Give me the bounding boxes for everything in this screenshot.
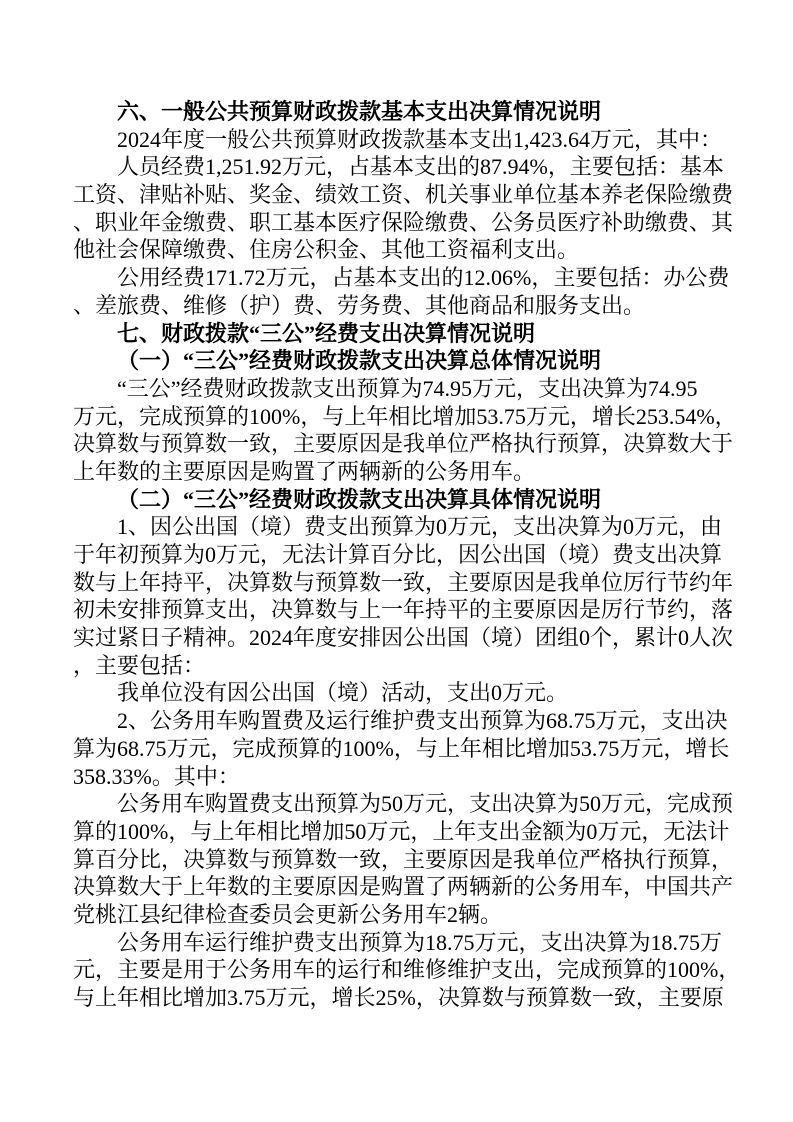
paragraph-line: 、差旅费、维修（护）费、劳务费、其他商品和服务支出。 xyxy=(73,292,715,320)
paragraph-line: 2、公务用车购置费及运行维护费支出预算为68.75万元，支出决 xyxy=(73,707,715,735)
paragraph-line: 他社会保障缴费、住房公积金、其他工资福利支出。 xyxy=(73,236,715,264)
heading-section-7: 七、财政拨款“三公”经费支出决算情况说明 xyxy=(73,320,715,348)
paragraph-line: 工资、津贴补贴、奖金、绩效工资、机关事业单位基本养老保险缴费 xyxy=(73,181,715,209)
paragraph-line: 数与上年持平，决算数与预算数一致，主要原因是我单位厉行节约年 xyxy=(73,569,715,597)
document-text-block: 六、一般公共预算财政拨款基本支出决算情况说明 2024年度一般公共预算财政拨款基… xyxy=(73,98,715,1012)
document-page: 六、一般公共预算财政拨款基本支出决算情况说明 2024年度一般公共预算财政拨款基… xyxy=(0,0,793,1122)
paragraph-line: 算为68.75万元，完成预算的100%，与上年相比增加53.75万元，增长 xyxy=(73,735,715,763)
paragraph-line: 算的100%，与上年相比增加50万元，上年支出金额为0万元，无法计 xyxy=(73,818,715,846)
paragraph-line: 上年数的主要原因是购置了两辆新的公务用车。 xyxy=(73,458,715,486)
paragraph-line: 358.33%。其中： xyxy=(73,763,715,791)
paragraph-line: 2024年度一般公共预算财政拨款基本支出1,423.64万元，其中： xyxy=(73,126,715,154)
paragraph-line: 初未安排预算支出，决算数与上一年持平的主要原因是厉行节约，落 xyxy=(73,596,715,624)
paragraph-line: 党桃江县纪律检查委员会更新公务用车2辆。 xyxy=(73,901,715,929)
paragraph-line: 实过紧日子精神。2024年度安排因公出国（境）团组0个，累计0人次 xyxy=(73,624,715,652)
paragraph-line: 人员经费1,251.92万元，占基本支出的87.94%，主要包括：基本 xyxy=(73,153,715,181)
heading-section-7-1: （一）“三公”经费财政拨款支出决算总体情况说明 xyxy=(73,347,715,375)
paragraph-line: 元，主要是用于公务用车的运行和维修维护支出，完成预算的100%， xyxy=(73,956,715,984)
paragraph-line: 决算数大于上年数的主要原因是购置了两辆新的公务用车，中国共产 xyxy=(73,873,715,901)
paragraph-line: 公务用车购置费支出预算为50万元，支出决算为50万元，完成预 xyxy=(73,790,715,818)
paragraph-line: 公用经费171.72万元，占基本支出的12.06%，主要包括：办公费 xyxy=(73,264,715,292)
paragraph-line: 、职业年金缴费、职工基本医疗保险缴费、公务员医疗补助缴费、其 xyxy=(73,209,715,237)
paragraph-line: 我单位没有因公出国（境）活动，支出0万元。 xyxy=(73,679,715,707)
paragraph-line: ，主要包括： xyxy=(73,652,715,680)
paragraph-line: 与上年相比增加3.75万元，增长25%，决算数与预算数一致，主要原 xyxy=(73,984,715,1012)
paragraph-line: 1、因公出国（境）费支出预算为0万元，支出决算为0万元，由 xyxy=(73,513,715,541)
paragraph-line: 算百分比，决算数与预算数一致，主要原因是我单位严格执行预算， xyxy=(73,846,715,874)
paragraph-line: 决算数与预算数一致，主要原因是我单位严格执行预算，决算数大于 xyxy=(73,430,715,458)
paragraph-line: “三公”经费财政拨款支出预算为74.95万元，支出决算为74.95 xyxy=(73,375,715,403)
paragraph-line: 公务用车运行维护费支出预算为18.75万元，支出决算为18.75万 xyxy=(73,929,715,957)
heading-section-6: 六、一般公共预算财政拨款基本支出决算情况说明 xyxy=(73,98,715,126)
heading-section-7-2: （二）“三公”经费财政拨款支出决算具体情况说明 xyxy=(73,486,715,514)
paragraph-line: 万元，完成预算的100%，与上年相比增加53.75万元，增长253.54%， xyxy=(73,403,715,431)
paragraph-line: 于年初预算为0万元，无法计算百分比，因公出国（境）费支出决算 xyxy=(73,541,715,569)
